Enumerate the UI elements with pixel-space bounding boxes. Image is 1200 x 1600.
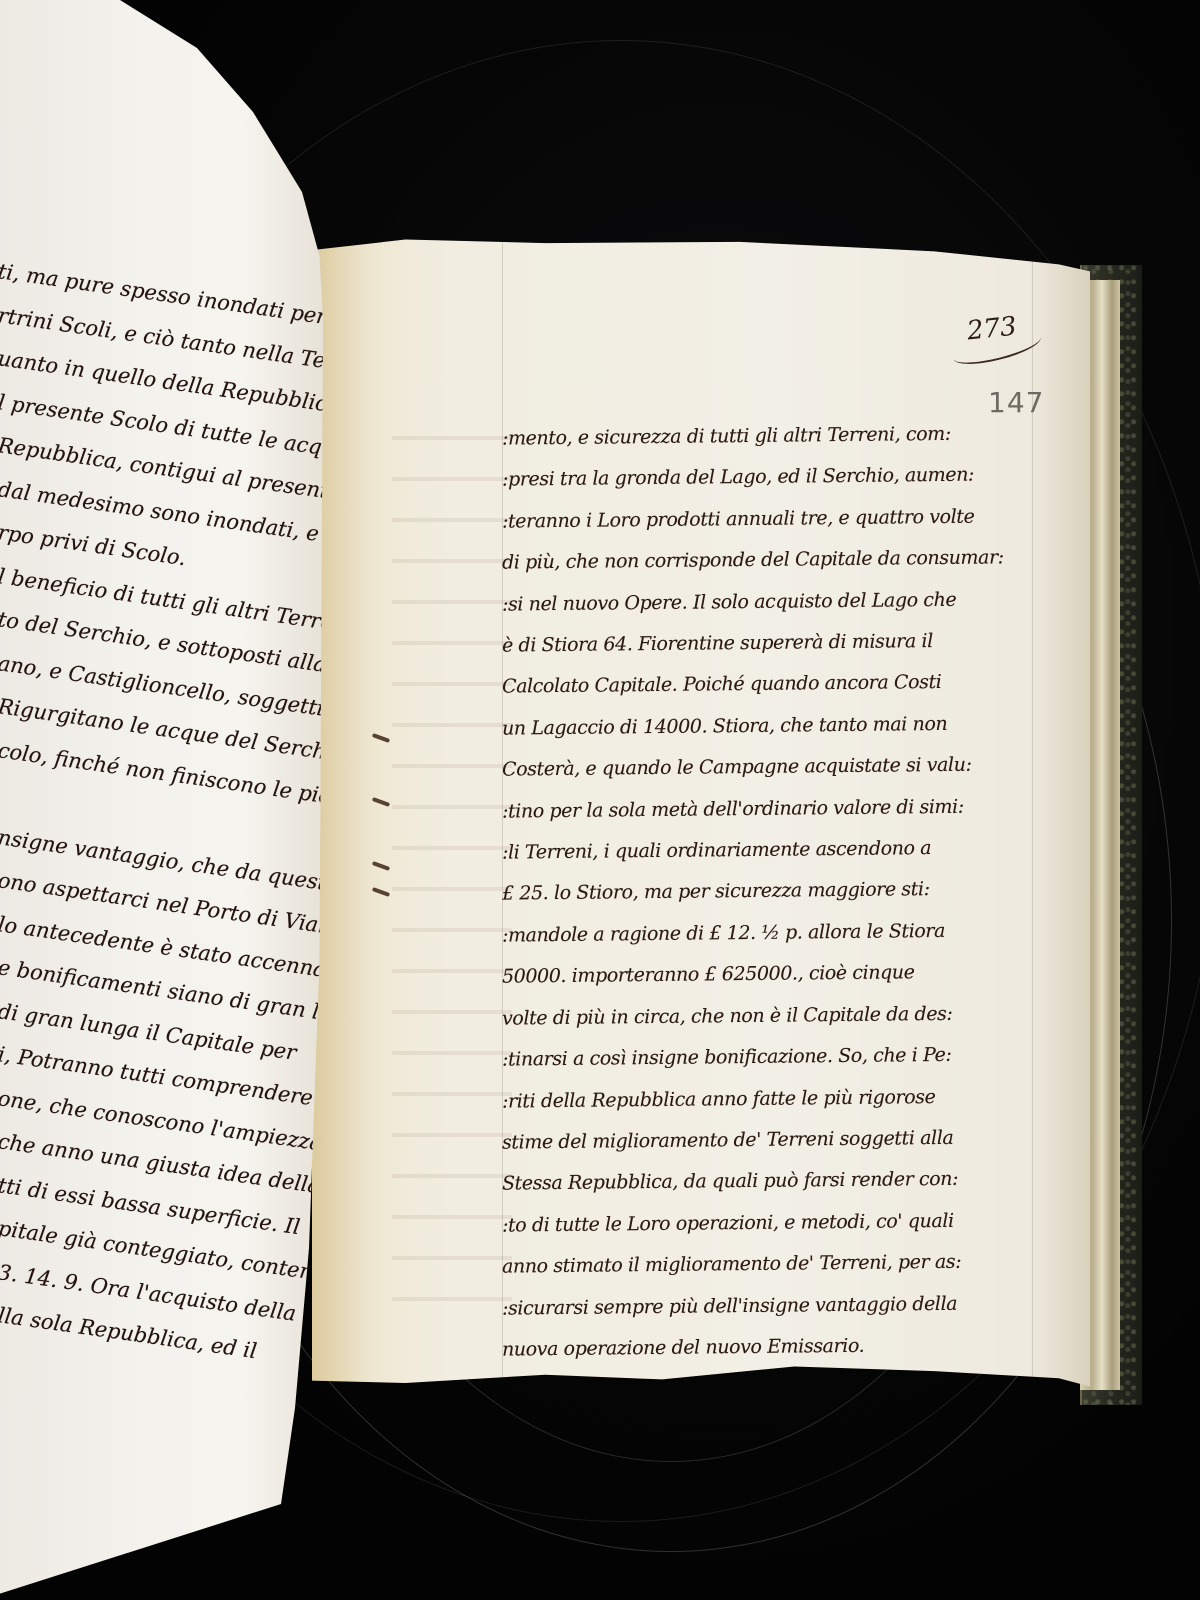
margin-mark <box>372 797 390 807</box>
right-page-text: :mento, e sicurezza di tutti gli altri T… <box>502 416 992 1368</box>
right-manuscript-page: 273 147 :mento, e sicurezza di tutti gli… <box>312 236 1090 1416</box>
text-line: :tino per la sola metà dell'ordinario va… <box>502 786 992 833</box>
margin-mark <box>372 887 390 897</box>
text-line: nuova operazione del nuovo Emissario. <box>502 1324 992 1371</box>
text-line: :si nel nuovo Opere. Il solo acquisto de… <box>502 579 992 626</box>
left-margin-marks <box>372 736 492 916</box>
text-line: è di Stiora 64. Fiorentine supererà di m… <box>502 620 992 667</box>
text-line: volte di più in circa, che non è il Capi… <box>502 993 992 1040</box>
text-line: :mandole a ragione di £ 12. ½ p. allora … <box>502 910 992 957</box>
text-line: :teranno i Loro prodotti annuali tre, e … <box>502 496 992 543</box>
text-line: di più, che non corrisponde del Capitale… <box>502 538 992 585</box>
text-line: Costerà, e quando le Campagne acquistate… <box>502 745 992 792</box>
text-line: Calcolato Capitale. Poiché quando ancora… <box>502 662 992 709</box>
text-line: :mento, e sicurezza di tutti gli altri T… <box>502 413 992 460</box>
left-manuscript-page: ti, ma pure spesso inondati per la gran … <box>0 0 330 1600</box>
text-line: £ 25. lo Stioro, ma per sicurezza maggio… <box>502 869 992 916</box>
text-line: un Lagaccio di 14000. Stiora, che tanto … <box>502 703 992 750</box>
text-line: anno stimato il miglioramento de' Terren… <box>502 1242 992 1289</box>
left-page-text: ti, ma pure spesso inondati per la gran … <box>0 250 328 1338</box>
text-line: :riti della Repubblica anno fatte le più… <box>502 1076 992 1123</box>
text-line: :li Terreni, i quali ordinariamente asce… <box>502 827 992 874</box>
folio-number-pencil: 147 <box>988 386 1044 419</box>
text-line: :sicurarsi sempre più dell'insigne vanta… <box>502 1283 992 1330</box>
text-line: :to di tutte le Loro operazioni, e metod… <box>502 1200 992 1247</box>
text-line: Stessa Repubblica, da quali può farsi re… <box>502 1159 992 1206</box>
text-line: :presi tra la gronda del Lago, ed il Ser… <box>502 455 992 502</box>
text-line: 50000. importeranno £ 625000., cioè cinq… <box>502 952 992 999</box>
margin-mark <box>372 861 390 871</box>
text-line: :tinarsi a così insigne bonificazione. S… <box>502 1035 992 1082</box>
text-line: stime del miglioramento de' Terreni sogg… <box>502 1117 992 1164</box>
